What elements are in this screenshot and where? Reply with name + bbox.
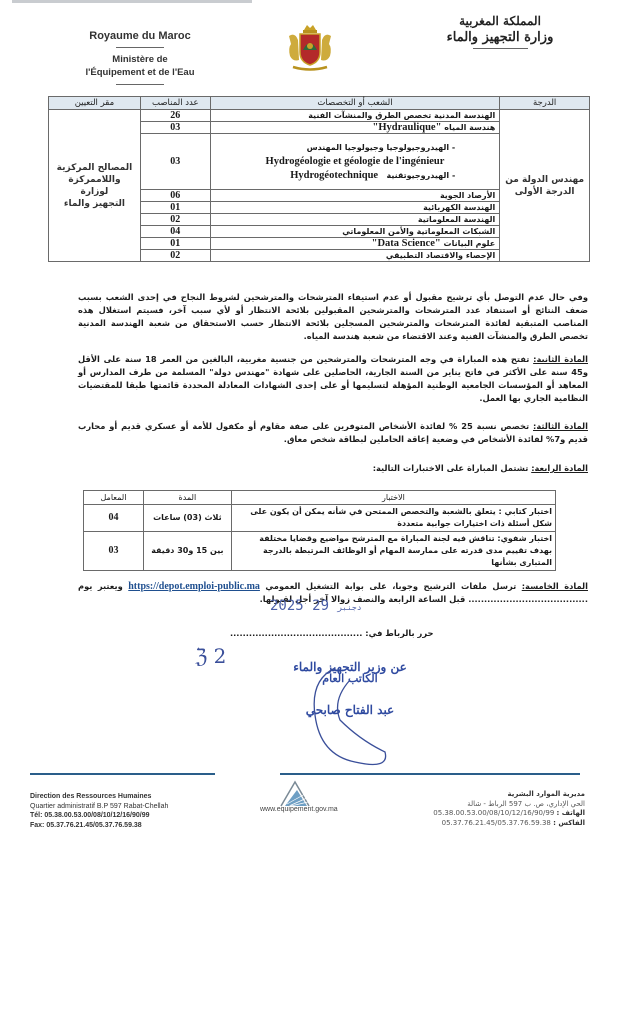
tests-header-row: الاختبار المدة المعامل xyxy=(84,491,556,505)
article-5-title: المادة الخامسة: xyxy=(522,581,588,591)
specialty-latin: "Hydraulique" xyxy=(373,122,442,133)
specialty-cell: الهندسة المعلوماتية xyxy=(210,214,500,226)
count-cell: 01 xyxy=(140,202,210,214)
count-cell: 03 xyxy=(140,122,210,134)
coat-of-arms-icon xyxy=(285,22,335,74)
col-specialties: الشعب أو التخصصات xyxy=(210,97,500,110)
application-portal-link[interactable]: https://depot.emploi-public.ma xyxy=(128,581,260,592)
place-date-line: حرر بالرباط في: ........................… xyxy=(230,628,433,638)
col-coefficient: المعامل xyxy=(84,491,144,505)
article-2-title: المادة الثانية: xyxy=(533,354,588,364)
specialty-cell: الأرصاد الجوية xyxy=(210,190,500,202)
article-4-text: تشتمل المباراة على الاختبارات التالية: xyxy=(373,463,532,473)
location-line: المصالح المركزية xyxy=(53,162,136,174)
test-cell: اختبار شفوي: تناقش فيه لجنة المباراة مع … xyxy=(231,532,555,571)
specialty-cell: الشبكات المعلوماتية والأمن المعلوماتي xyxy=(210,226,500,238)
count-cell: 03 xyxy=(140,134,210,190)
footer-website[interactable]: www.equipement.gov.ma xyxy=(260,806,338,813)
article-3-text: تخصص نسبة 25 % لفائدة الأشخاص المتوفرين … xyxy=(78,421,588,444)
ministry-ar: وزارة التجهيز والماء xyxy=(420,30,580,45)
footer-dept-ar: مديرية الموارد البشرية xyxy=(395,790,585,800)
specialty-latin: "Data Science" xyxy=(372,238,441,249)
footer-tel-fr: Tél: 05.38.00.53.00/08/10/12/16/90/99 xyxy=(30,811,168,821)
divider xyxy=(473,48,528,49)
grade-line: الدرجة الأولى xyxy=(504,186,585,198)
table-row: اختبار شفوي: تناقش فيه لجنة المباراة مع … xyxy=(84,532,556,571)
footer-rule-right xyxy=(280,773,580,775)
specialty-cell: الهندسة الكهربائية xyxy=(210,202,500,214)
duration-cell: بين 15 و30 دقيقة xyxy=(143,532,231,571)
article-4-title: المادة الرابعة: xyxy=(531,463,588,473)
footer-fax-fr: Fax: 05.37.76.21.45/05.37.76.59.38 xyxy=(30,821,168,831)
article-4: المادة الرابعة: تشتمل المباراة على الاخت… xyxy=(78,462,588,475)
tel-value: 05.38.00.53.00/08/10/12/16/90/99 xyxy=(433,809,554,817)
col-test: الاختبار xyxy=(231,491,555,505)
specialty-line: - الهيدروجيولوجيا وجيولوجيا المهندس xyxy=(215,141,496,155)
article-5-text-a: ترسل ملفات الترشيح وجوبا، على بوابة التش… xyxy=(260,581,522,591)
count-cell: 02 xyxy=(140,250,210,262)
footer-tel-ar: الهاتف : 05.38.00.53.00/08/10/12/16/90/9… xyxy=(395,809,585,819)
specialty-latin: Hydrogéologie et géologie de l'ingénieur xyxy=(215,155,496,169)
positions-header-row: الدرجة الشعب أو التخصصات عدد المناصب مقر… xyxy=(49,97,590,110)
fallback-paragraph: وفي حال عدم التوصل بأي ترشيح مقبول أو عد… xyxy=(78,291,588,343)
specialty-line: - الهيدروجيوتقنية Hydrogéotechnique xyxy=(215,169,496,183)
location-cell: المصالح المركزية واللاممركزة لوزارة التج… xyxy=(49,110,141,262)
duration-cell: ثلاث (03) ساعات xyxy=(143,505,231,532)
grade-cell: مهندس الدولة من الدرجة الأولى xyxy=(500,110,590,262)
tests-table: الاختبار المدة المعامل اختبار كتابي : يت… xyxy=(83,490,556,571)
specialty-cell: هندسة المياه "Hydraulique" xyxy=(210,122,500,134)
stamp-day: 29 xyxy=(312,598,329,614)
header-french: Royaume du Maroc Ministère de l'Équipeme… xyxy=(60,30,220,90)
coefficient-cell: 04 xyxy=(84,505,144,532)
ministry-fr-line1: Ministère de xyxy=(60,53,220,66)
location-line: التجهيز والماء xyxy=(53,198,136,210)
specialty-latin: Hydrogéotechnique xyxy=(290,170,378,181)
signature-scribble-icon xyxy=(240,660,460,780)
specialty-ar: هندسة المياه xyxy=(444,123,495,132)
fax-value: 05.37.76.21.45/05.37.76.59.38 xyxy=(442,819,551,827)
footer-fax-ar: الفاكس : 05.37.76.21.45/05.37.76.59.38 xyxy=(395,819,585,829)
ministry-logo-icon xyxy=(277,780,313,808)
article-3-title: المادة الثالثة: xyxy=(533,421,588,431)
specialty-cell: علوم البيانات "Data Science" xyxy=(210,238,500,250)
ministry-fr-line2: l'Équipement et de l'Eau xyxy=(60,66,220,79)
signature-block: ℨ 2 عن وزير التجهيز والماء الكاتب العام … xyxy=(240,660,460,717)
divider xyxy=(116,84,164,85)
stamp-month: دجنبر xyxy=(337,603,361,612)
kingdom-ar: المملكة المغربية xyxy=(420,14,580,28)
fax-label: الفاكس : xyxy=(553,819,585,827)
positions-table: الدرجة الشعب أو التخصصات عدد المناصب مقر… xyxy=(48,96,590,262)
tel-label: الهاتف : xyxy=(557,809,585,817)
header-arabic: المملكة المغربية ⵜⴰⴳⵍⴷⵉⵜ ⵏ ⵍⵎⵖⵔⵉⴱ وزارة … xyxy=(420,14,580,52)
count-cell: 06 xyxy=(140,190,210,202)
specialty-ar: علوم البيانات xyxy=(444,239,496,248)
footer-arabic: مديرية الموارد البشرية الحي الإداري، ص. … xyxy=(395,790,585,828)
table-row: مهندس الدولة من الدرجة الأولى الهندسة ال… xyxy=(49,110,590,122)
count-cell: 26 xyxy=(140,110,210,122)
count-cell: 01 xyxy=(140,238,210,250)
count-cell: 04 xyxy=(140,226,210,238)
col-count: عدد المناصب xyxy=(140,97,210,110)
footer-rule-left xyxy=(30,773,215,775)
article-2-text: تفتح هذه المباراة في وجه المترشحات والمت… xyxy=(78,354,588,403)
article-3: المادة الثالثة: تخصص نسبة 25 % لفائدة ال… xyxy=(78,420,588,446)
col-location: مقر التعيين xyxy=(49,97,141,110)
table-row: اختبار كتابي : يتعلق بالشعبة والتخصص الم… xyxy=(84,505,556,532)
specialty-cell: الهندسة المدنية تخصص الطرق والمنشآت الفن… xyxy=(210,110,500,122)
specialty-cell: - الهيدروجيولوجيا وجيولوجيا المهندس Hydr… xyxy=(210,134,500,190)
col-grade: الدرجة xyxy=(500,97,590,110)
footer-french: Direction des Ressources Humaines Quarti… xyxy=(30,792,168,830)
scan-edge xyxy=(12,0,252,3)
test-cell: اختبار كتابي : يتعلق بالشعبة والتخصص الم… xyxy=(231,505,555,532)
footer-address-ar: الحي الإداري، ص. ب 597 الرباط - شالة xyxy=(395,800,585,810)
specialty-cell: الإحصاء والاقتصاد التطبيقي xyxy=(210,250,500,262)
article-2: المادة الثانية: تفتح هذه المباراة في وجه… xyxy=(78,353,588,405)
date-stamp: 2025 دجنبر 29 xyxy=(270,598,362,614)
coefficient-cell: 03 xyxy=(84,532,144,571)
location-line: واللاممركزة لوزارة xyxy=(53,174,136,198)
specialty-ar: - الهيدروجيوتقنية xyxy=(386,171,455,180)
footer-dept-fr: Direction des Ressources Humaines xyxy=(30,792,168,802)
footer-address-fr: Quartier administratif B.P 597 Rabat-Che… xyxy=(30,802,168,812)
divider xyxy=(116,47,164,48)
grade-line: مهندس الدولة من xyxy=(504,174,585,186)
col-duration: المدة xyxy=(143,491,231,505)
initials: ℨ 2 xyxy=(195,644,226,668)
count-cell: 02 xyxy=(140,214,210,226)
stamp-year: 2025 xyxy=(270,598,304,614)
kingdom-fr: Royaume du Maroc xyxy=(60,30,220,42)
